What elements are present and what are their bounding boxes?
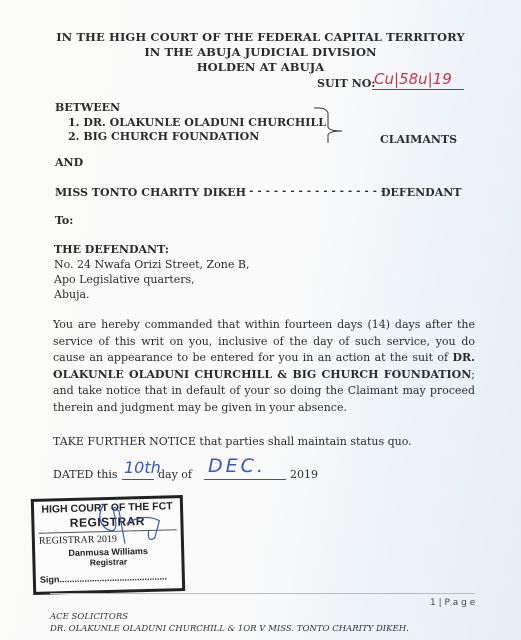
- brace-icon: [312, 105, 352, 145]
- defendant-name: MISS TONTO CHARITY DIKEH: [55, 186, 246, 199]
- address-line-2: Apo Legislative quarters,: [54, 273, 195, 286]
- footer-firm: ACE SOLICITORS: [50, 612, 128, 622]
- day-handwritten: 10th: [124, 458, 161, 477]
- division-title: IN THE ABUJA JUDICIAL DIVISION: [0, 45, 521, 59]
- registrar-stamp: HIGH COURT OF THE FCT REGISTRAR REGISTRA…: [31, 495, 185, 595]
- defendant-dashes: - - - - - - - - - - - - - - - - - -: [241, 186, 385, 197]
- suit-number-handwritten: Cu|58u|19: [374, 70, 452, 88]
- command-paragraph: You are hereby commanded that within fou…: [53, 317, 475, 416]
- command-text-1: You are hereby commanded that within fou…: [53, 318, 475, 364]
- month-field: DEC.: [204, 455, 286, 480]
- address-line-1: No. 24 Nwafa Orizi Street, Zone B,: [54, 258, 249, 271]
- page-number: 1 | P a g e: [430, 598, 475, 608]
- claimants-label: CLAIMANTS: [380, 133, 457, 146]
- dated-year: 2019: [290, 468, 318, 481]
- claimant-1: 1. DR. OLAKUNLE OLADUNI CHURCHILL: [68, 116, 326, 129]
- stamp-sign: Sign....................................…: [40, 571, 178, 585]
- address-heading: THE DEFENDANT:: [54, 243, 169, 256]
- court-title: IN THE HIGH COURT OF THE FEDERAL CAPITAL…: [0, 30, 521, 44]
- defendant-label: DEFENDANT: [381, 186, 462, 199]
- suit-number-label: SUIT NO:: [317, 77, 375, 90]
- dated-prefix: DATED this: [53, 468, 118, 481]
- day-field: 10th: [122, 458, 154, 480]
- to-label: To:: [55, 214, 73, 227]
- and-label: AND: [55, 156, 83, 169]
- between-label: BETWEEN: [55, 101, 120, 114]
- footer-divider: [50, 593, 475, 594]
- dated-mid: day of: [158, 468, 192, 481]
- further-notice: TAKE FURTHER NOTICE that parties shall m…: [53, 435, 412, 448]
- claimant-2: 2. BIG CHURCH FOUNDATION: [68, 130, 259, 143]
- footer-case: DR. OLAKUNLE OLADUNI CHURCHILL & 1OR V M…: [50, 624, 409, 634]
- signature-icon: [74, 493, 166, 555]
- month-handwritten: DEC.: [208, 455, 266, 477]
- suit-number-field: Cu|58u|19: [372, 70, 464, 90]
- address-line-3: Abuja.: [54, 288, 90, 301]
